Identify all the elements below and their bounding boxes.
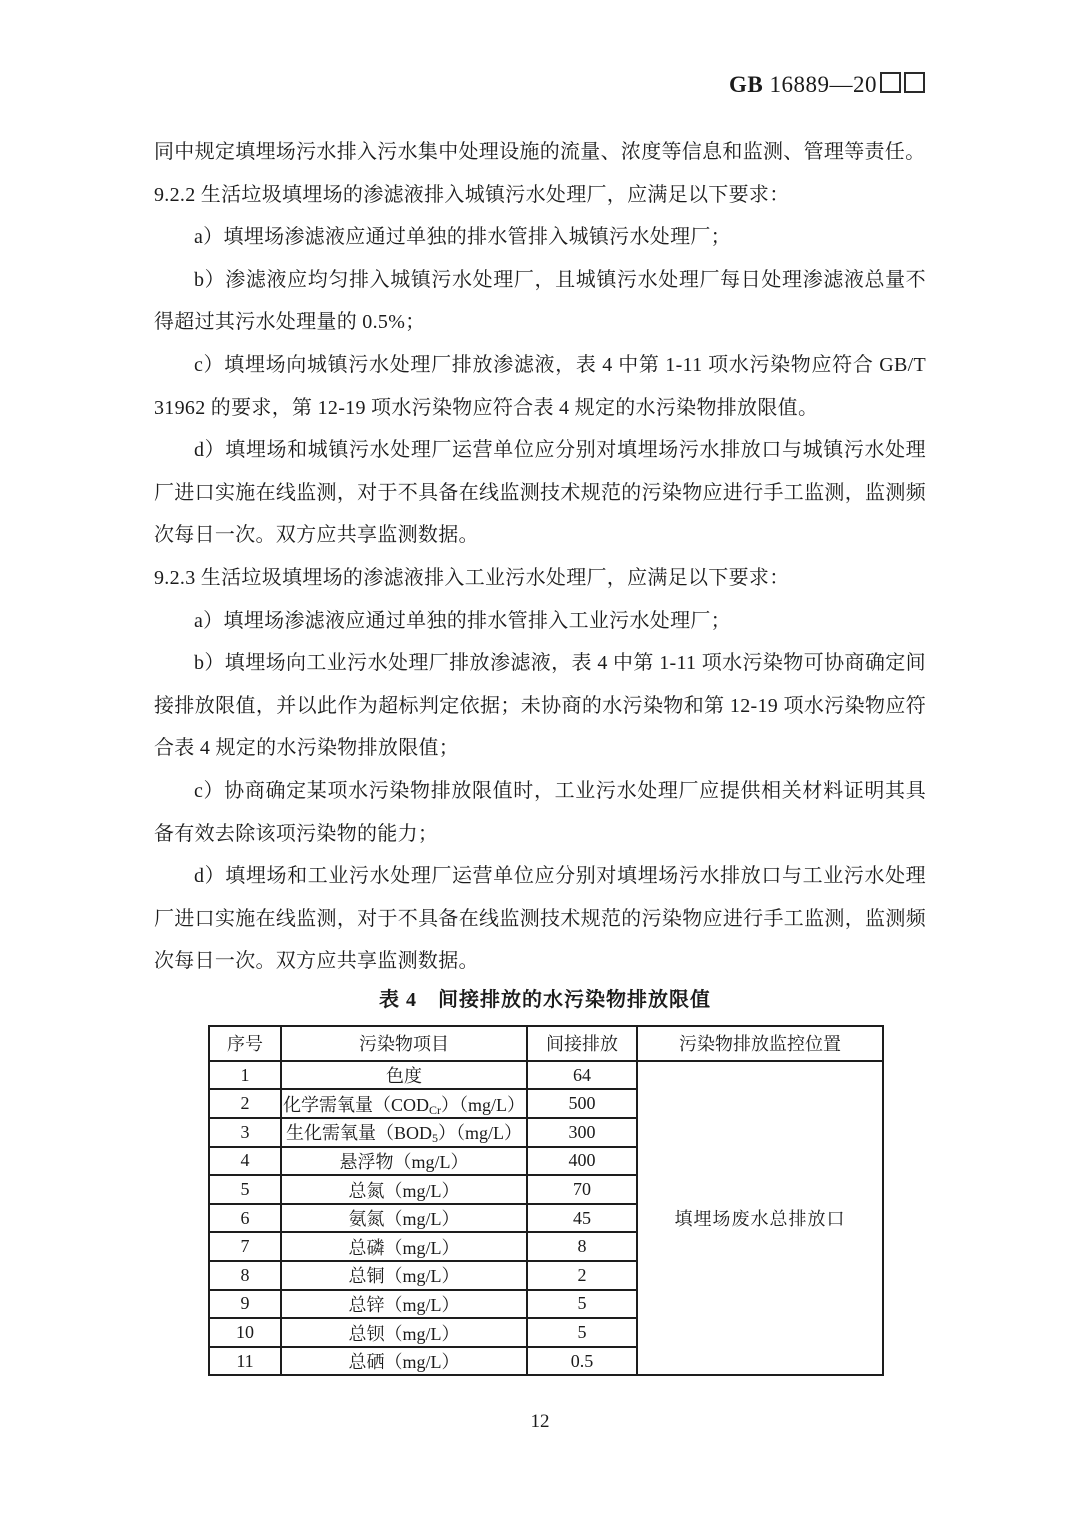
limit-value-cell: 70 [527,1175,637,1204]
table-header-row: 序号污染物项目间接排放污染物排放监控位置 [209,1026,883,1061]
row-number-cell: 11 [209,1347,281,1376]
limit-value-cell: 0.5 [527,1347,637,1376]
row-number-cell: 7 [209,1232,281,1261]
pollutant-item-cell: 总氮（mg/L） [281,1175,527,1204]
placeholder-box-icon [904,72,925,93]
paragraph: 9.2.3 生活垃圾填埋场的渗滤液排入工业污水处理厂，应满足以下要求： [154,557,926,600]
row-number-cell: 1 [209,1061,281,1090]
pollutant-item-cell: 生化需氧量（BOD5）（mg/L） [281,1118,527,1147]
standard-number: GB 16889—20 [729,72,925,98]
year-placeholder-boxes [877,72,925,97]
row-number-cell: 6 [209,1204,281,1233]
limit-value-cell: 500 [527,1089,637,1118]
limit-value-cell: 300 [527,1118,637,1147]
table-block: 表 4 间接排放的水污染物排放限值 序号污染物项目间接排放污染物排放监控位置 1… [208,987,882,1377]
placeholder-box-icon [880,72,901,93]
pollutant-item-cell: 总磷（mg/L） [281,1232,527,1261]
table-caption: 表 4 间接排放的水污染物排放限值 [208,987,882,1013]
row-number-cell: 8 [209,1261,281,1290]
paragraph: 9.2.2 生活垃圾填埋场的渗滤液排入城镇污水处理厂，应满足以下要求： [154,174,926,217]
limit-value-cell: 5 [527,1290,637,1319]
paragraph: c）协商确定某项水污染物排放限值时，工业污水处理厂应提供相关材料证明其具备有效去… [154,770,926,855]
paragraph: b）填埋场向工业污水处理厂排放渗滤液，表 4 中第 1-11 项水污染物可协商确… [154,642,926,770]
pollutant-item-cell: 总钡（mg/L） [281,1318,527,1347]
pollutant-item-cell: 总硒（mg/L） [281,1347,527,1376]
paragraph: d）填埋场和工业污水处理厂运营单位应分别对填埋场污水排放口与工业污水处理厂进口实… [154,855,926,983]
table-body: 1色度64填埋场废水总排放口2化学需氧量（CODCr）（mg/L）5003生化需… [209,1061,883,1376]
limit-value-cell: 400 [527,1147,637,1176]
limit-value-cell: 64 [527,1061,637,1090]
pollutant-item-cell: 总铜（mg/L） [281,1261,527,1290]
row-number-cell: 9 [209,1290,281,1319]
row-number-cell: 3 [209,1118,281,1147]
table-header-cell: 污染物排放监控位置 [637,1026,883,1061]
standard-code-number: 16889—20 [763,72,877,97]
table-header-cell: 污染物项目 [281,1026,527,1061]
pollutant-item-cell: 色度 [281,1061,527,1090]
limit-value-cell: 8 [527,1232,637,1261]
row-number-cell: 2 [209,1089,281,1118]
subscript: Cr [429,1103,441,1117]
paragraph: c）填埋场向城镇污水处理厂排放渗滤液，表 4 中第 1-11 项水污染物应符合 … [154,344,926,429]
paragraph: a）填埋场渗滤液应通过单独的排水管排入城镇污水处理厂； [154,216,926,259]
pollutant-item-cell: 总锌（mg/L） [281,1290,527,1319]
row-number-cell: 10 [209,1318,281,1347]
paragraph: b）渗滤液应均匀排入城镇污水处理厂，且城镇污水处理厂每日处理渗滤液总量不得超过其… [154,259,926,344]
document-page: GB 16889—20 同中规定填埋场污水排入污水集中处理设施的流量、浓度等信息… [0,0,1080,1527]
pollutant-item-cell: 氨氮（mg/L） [281,1204,527,1233]
pollutant-item-cell: 悬浮物（mg/L） [281,1147,527,1176]
table-header-cell: 间接排放 [527,1026,637,1061]
limit-value-cell: 2 [527,1261,637,1290]
monitor-location-cell: 填埋场废水总排放口 [637,1061,883,1376]
page-number: 12 [0,1408,1080,1436]
row-number-cell: 4 [209,1147,281,1176]
row-number-cell: 5 [209,1175,281,1204]
limit-value-cell: 5 [527,1318,637,1347]
pollutant-item-cell: 化学需氧量（CODCr）（mg/L） [281,1089,527,1118]
standard-code-prefix: GB [729,72,763,97]
table-row: 1色度64填埋场废水总排放口 [209,1061,883,1090]
paragraph: a）填埋场渗滤液应通过单独的排水管排入工业污水处理厂； [154,600,926,643]
paragraph: 同中规定填埋场污水排入污水集中处理设施的流量、浓度等信息和监测、管理等责任。 [154,131,926,174]
table-header-cell: 序号 [209,1026,281,1061]
table-header-row: 序号污染物项目间接排放污染物排放监控位置 [209,1026,883,1061]
subscript: 5 [432,1131,438,1145]
limit-value-cell: 45 [527,1204,637,1233]
paragraph: d）填埋场和城镇污水处理厂运营单位应分别对填埋场污水排放口与城镇污水处理厂进口实… [154,429,926,557]
paragraph-list: 同中规定填埋场污水排入污水集中处理设施的流量、浓度等信息和监测、管理等责任。9.… [154,131,926,983]
pollutant-limits-table: 序号污染物项目间接排放污染物排放监控位置 1色度64填埋场废水总排放口2化学需氧… [208,1025,884,1377]
body-text: 同中规定填埋场污水排入污水集中处理设施的流量、浓度等信息和监测、管理等责任。9.… [154,131,926,1376]
